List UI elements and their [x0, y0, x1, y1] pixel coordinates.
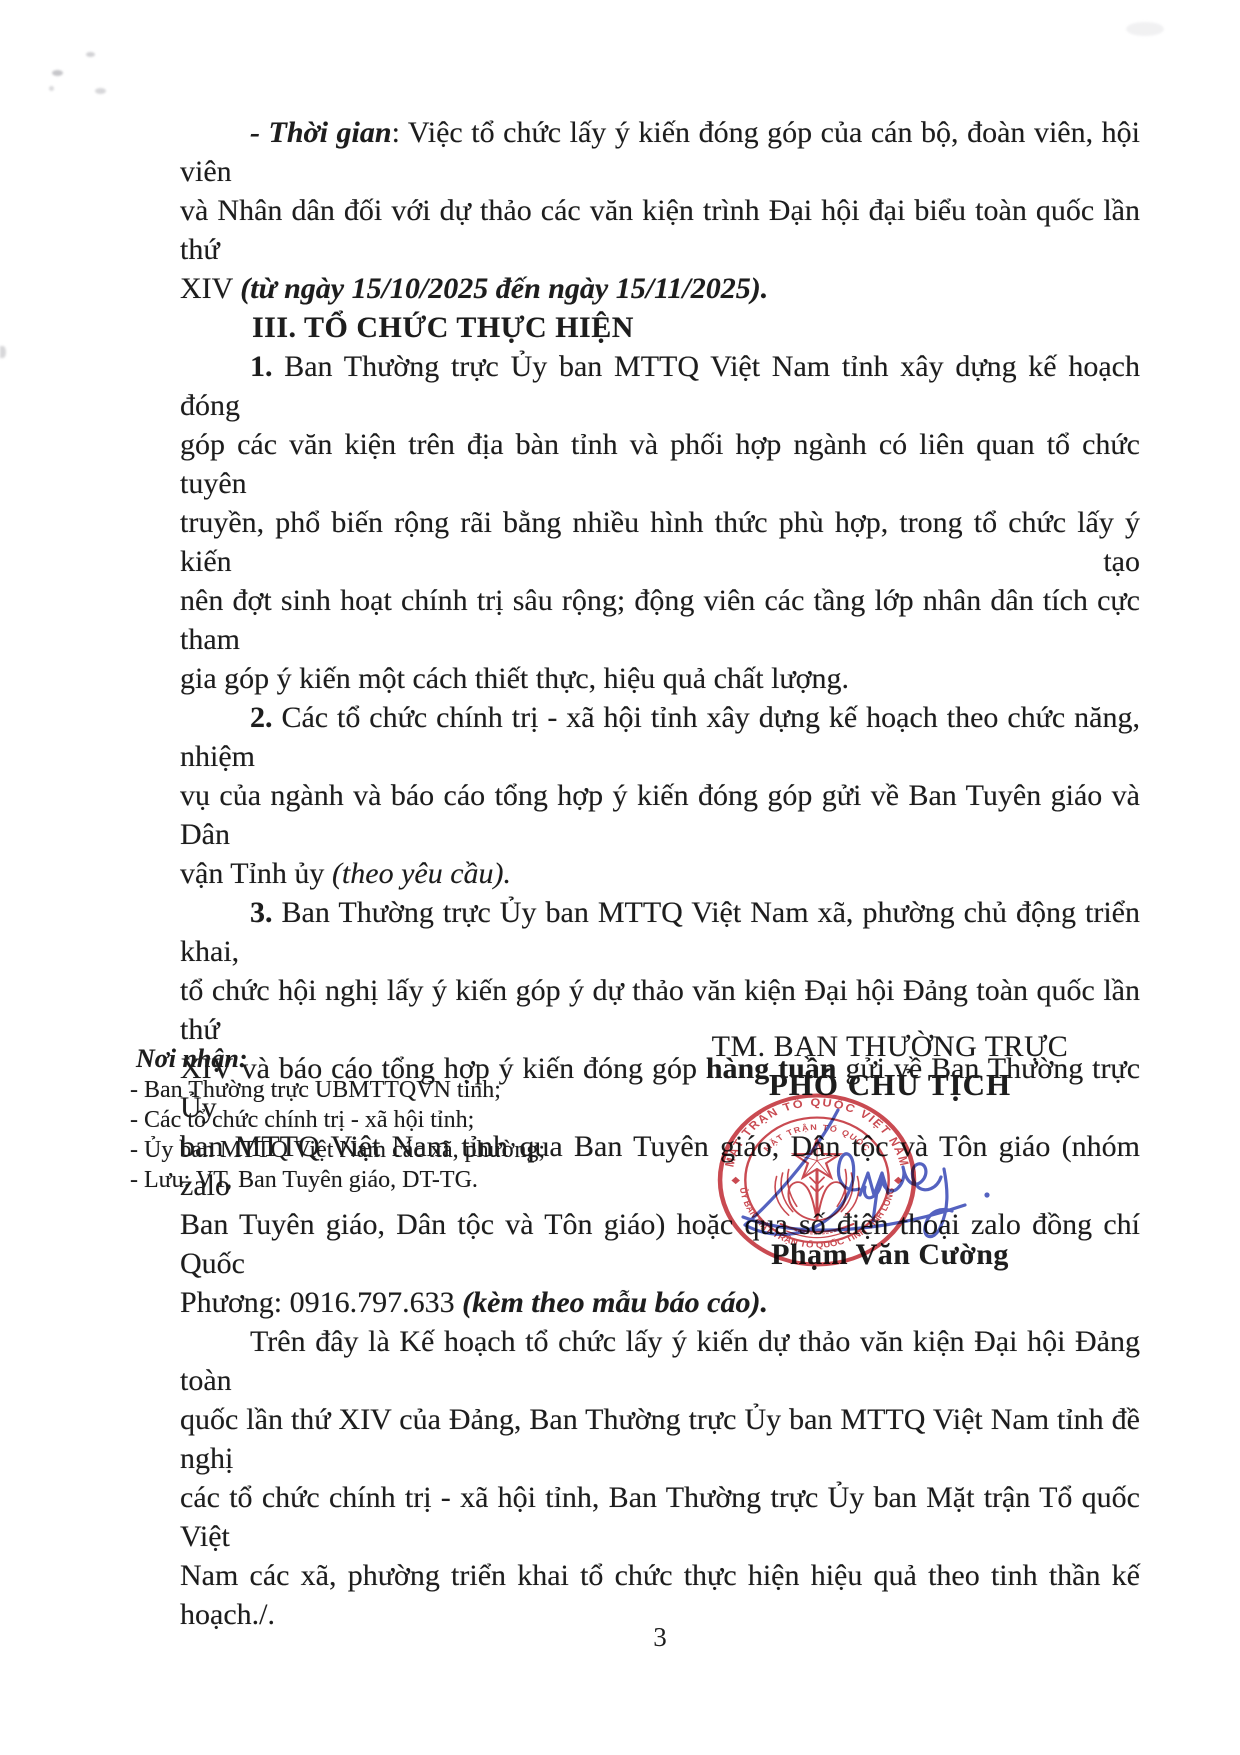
scan-speck — [86, 52, 95, 57]
recipients-label: Nơi nhận: — [136, 1044, 600, 1074]
text-run: truyền, phổ biến rộng rãi bằng nhiều hìn… — [180, 506, 1140, 578]
text-run: 1. — [250, 350, 273, 383]
body-line: 1. Ban Thường trực Ủy ban MTTQ Việt Nam … — [180, 347, 1140, 425]
document-page: - Thời gian: Việc tổ chức lấy ý kiến đón… — [0, 0, 1240, 1755]
recipient-item: - Ủy ban MTTQ Việt Nam các xã, phường; — [130, 1136, 600, 1164]
text-run: vụ của ngành và báo cáo tổng hợp ý kiến … — [180, 779, 1140, 851]
body-line: gia góp ý kiến một cách thiết thực, hiệu… — [180, 659, 1140, 698]
text-run: Nam các xã, phường triển khai tổ chức th… — [180, 1559, 1140, 1631]
recipients-block: Nơi nhận: - Ban Thường trực UBMTTQVN tỉn… — [130, 1044, 600, 1194]
body-line: - Thời gian: Việc tổ chức lấy ý kiến đón… — [180, 113, 1140, 191]
body-line: quốc lần thứ XIV của Đảng, Ban Thường tr… — [180, 1400, 1140, 1478]
body-line: góp các văn kiện trên địa bàn tỉnh và ph… — [180, 425, 1140, 503]
text-run: (kèm theo mẫu báo cáo). — [462, 1286, 768, 1319]
document-body: - Thời gian: Việc tổ chức lấy ý kiến đón… — [180, 113, 1140, 1634]
text-run: quốc lần thứ XIV của Đảng, Ban Thường tr… — [180, 1403, 1140, 1475]
text-run: (theo yêu cầu). — [332, 857, 511, 890]
signature-authority: TM. BAN THƯỜNG TRỰC — [660, 1030, 1120, 1064]
body-line: các tổ chức chính trị - xã hội tỉnh, Ban… — [180, 1478, 1140, 1556]
scan-speck — [0, 346, 6, 358]
body-line: truyền, phổ biến rộng rãi bằng nhiều hìn… — [180, 503, 1140, 581]
text-run: góp các văn kiện trên địa bàn tỉnh và ph… — [180, 428, 1140, 500]
text-run: III. TỔ CHỨC THỰC HIỆN — [252, 311, 634, 344]
text-run: (từ ngày 15/10/2025 đến ngày 15/11/2025)… — [240, 272, 768, 305]
text-run: Các tổ chức chính trị - xã hội tỉnh xây … — [180, 701, 1140, 773]
page-number: 3 — [620, 1622, 700, 1653]
text-run: Trên đây là Kế hoạch tổ chức lấy ý kiến … — [180, 1325, 1140, 1397]
scan-speck — [1126, 22, 1164, 36]
text-run: các tổ chức chính trị - xã hội tỉnh, Ban… — [180, 1481, 1140, 1553]
body-line: Trên đây là Kế hoạch tổ chức lấy ý kiến … — [180, 1322, 1140, 1400]
body-line: 2. Các tổ chức chính trị - xã hội tỉnh x… — [180, 698, 1140, 776]
text-run: XIV — [180, 272, 240, 305]
text-run: và Nhân dân đối với dự thảo các văn kiện… — [180, 194, 1140, 266]
body-line: XIV (từ ngày 15/10/2025 đến ngày 15/11/2… — [180, 269, 1140, 308]
recipient-item: - Lưu: VT, Ban Tuyên giáo, DT-TG. — [130, 1166, 600, 1194]
body-line: Phương: 0916.797.633 (kèm theo mẫu báo c… — [180, 1283, 1140, 1322]
section-heading: III. TỔ CHỨC THỰC HIỆN — [180, 308, 1140, 347]
text-run: nên đợt sinh hoạt chính trị sâu rộng; độ… — [180, 584, 1140, 656]
body-line: nên đợt sinh hoạt chính trị sâu rộng; độ… — [180, 581, 1140, 659]
scan-speck — [49, 86, 54, 91]
scan-speck — [52, 70, 63, 76]
recipient-item: - Các tổ chức chính trị - xã hội tỉnh; — [130, 1106, 600, 1134]
body-line: vụ của ngành và báo cáo tổng hợp ý kiến … — [180, 776, 1140, 854]
recipient-item: - Ban Thường trực UBMTTQVN tỉnh; — [130, 1076, 600, 1104]
body-line: vận Tỉnh ủy (theo yêu cầu). — [180, 854, 1140, 893]
text-run: Ban Thường trực Ủy ban MTTQ Việt Nam tỉn… — [180, 350, 1140, 422]
body-line: và Nhân dân đối với dự thảo các văn kiện… — [180, 191, 1140, 269]
body-line: 3. Ban Thường trực Ủy ban MTTQ Việt Nam … — [180, 893, 1140, 971]
text-run: Phương: 0916.797.633 — [180, 1286, 462, 1319]
handwritten-signature — [725, 1095, 1015, 1245]
text-run: vận Tỉnh ủy — [180, 857, 332, 890]
text-run: - Thời gian — [250, 116, 392, 149]
text-run: Ban Thường trực Ủy ban MTTQ Việt Nam xã,… — [180, 896, 1140, 968]
text-run: 3. — [250, 896, 273, 929]
text-run: gia góp ý kiến một cách thiết thực, hiệu… — [180, 662, 849, 695]
scan-speck — [95, 88, 106, 94]
text-run: 2. — [250, 701, 273, 734]
